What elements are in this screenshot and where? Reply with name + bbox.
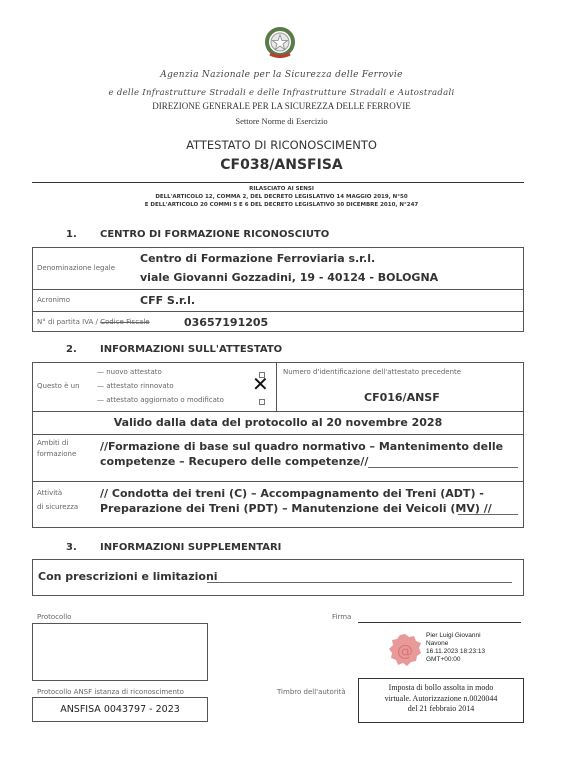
section2-number: 2. (66, 344, 77, 355)
digital-seal-icon: @ (387, 632, 423, 668)
emblem-icon (263, 26, 297, 60)
divider (276, 362, 277, 411)
divider (32, 434, 524, 435)
emblem (263, 26, 297, 60)
divider (32, 311, 524, 312)
activity-label-1: Attività (37, 486, 78, 500)
option-updated: — attestato aggiornato o modificato (97, 396, 224, 404)
protocol-label: Protocollo (37, 613, 71, 621)
scope-line-2: competenze – Recupero delle competenze// (100, 455, 368, 468)
sign-date: 16.11.2023 18:23:13 (426, 648, 485, 656)
section1-title: CENTRO DI FORMAZIONE RICONOSCIUTO (100, 229, 329, 240)
signer-name-1: Pier Luigi Giovanni (426, 632, 485, 640)
vat-label: N° di partita IVA / Codice Fiscale (37, 318, 150, 326)
activity-label: Attività di sicurezza (37, 486, 78, 514)
legal-name-label: Denominazione legale (37, 264, 115, 272)
activity-fill-line (458, 514, 518, 515)
vat-value: 03657191205 (184, 316, 268, 329)
activity-line-1: // Condotta dei treni (C) – Accompagname… (100, 487, 484, 500)
legal-basis-1: RILASCIATO AI SENSI (0, 186, 563, 192)
section3-number: 3. (66, 542, 77, 553)
divider (32, 481, 524, 482)
signer-info: Pier Luigi Giovanni Navone 16.11.2023 18… (426, 632, 485, 664)
scope-label-1: Ambiti di (37, 438, 76, 449)
protocol-field[interactable] (32, 623, 208, 681)
request-protocol-label: Protocollo ANSF istanza di riconosciment… (37, 688, 184, 696)
scope-label: Ambiti di formazione (37, 438, 76, 460)
stamp-line-1: Imposta di bollo assolta in modo (358, 683, 524, 694)
activity-label-2: di sicurezza (37, 500, 78, 514)
signer-name-2: Navone (426, 640, 485, 648)
address-value: viale Giovanni Gozzadini, 19 - 40124 - B… (140, 271, 438, 284)
stamp-line-3: del 21 febbraio 2014 (358, 704, 524, 715)
scope-label-2: formazione (37, 449, 76, 460)
checkbox-renewed-checked[interactable]: ✕ (252, 374, 269, 394)
vat-label-text: N° di partita IVA / (37, 318, 100, 326)
signature-label: Firma (332, 613, 351, 621)
agency-line-1: Agenzia Nazionale per la Sicurezza delle… (0, 70, 563, 80)
stamp-line-2: virtuale. Autorizzazione n.0020044 (358, 694, 524, 705)
section2-title: INFORMAZIONI SULL'ATTESTATO (100, 344, 282, 355)
directorate: DIREZIONE GENERALE PER LA SICUREZZA DELL… (0, 101, 563, 111)
divider (32, 411, 524, 412)
option-renewed: — attestato rinnovato (97, 382, 174, 390)
stamp-text: Imposta di bollo assolta in modo virtual… (358, 683, 524, 715)
request-protocol-value: ANSFISA 0043797 - 2023 (32, 704, 208, 715)
sector: Settore Norme di Esercizio (0, 116, 563, 126)
section1-number: 1. (66, 229, 77, 240)
prescriptions-text: Con prescrizioni e limitazioni (38, 570, 218, 583)
section3-title: INFORMAZIONI SUPPLEMENTARI (100, 542, 281, 553)
acronym-label: Acronimo (37, 296, 70, 304)
signature-line (358, 622, 521, 623)
divider (32, 289, 524, 290)
previous-id-label: Numero d'identificazione dell'attestato … (283, 368, 461, 376)
previous-id-value: CF016/ANSF (364, 391, 440, 404)
scope-fill-line (368, 467, 518, 468)
legal-basis-3: E DELL'ARTICOLO 20 COMMI 5 E 6 DEL DECRE… (0, 202, 563, 208)
certificate-type-label: Questo è un (37, 382, 80, 390)
scope-line-1: //Formazione di base sul quadro normativ… (100, 440, 503, 453)
acronym-value: CFF S.r.l. (140, 294, 195, 307)
sign-timezone: GMT+00:00 (426, 656, 485, 664)
document-title: ATTESTATO DI RICONOSCIMENTO (0, 138, 563, 152)
option-new: — nuovo attestato (97, 368, 162, 376)
activity-line-2: Preparazione dei Treni (PDT) – Manutenzi… (100, 502, 492, 515)
document-code: CF038/ANSFISA (0, 157, 563, 173)
stamp-label: Timbro dell'autorità (277, 688, 346, 696)
legal-basis-2: DELL'ARTICOLO 12, COMMA 2, DEL DECRETO L… (0, 194, 563, 200)
agency-line-2: e delle Infrastrutture Stradali e delle … (0, 88, 563, 98)
prescriptions-fill-line (207, 582, 512, 583)
validity: Valido dalla data del protocollo al 20 n… (32, 416, 524, 429)
checkbox-updated[interactable] (259, 399, 265, 405)
tax-code-struck: Codice Fiscale (100, 318, 149, 326)
title-divider (32, 182, 524, 183)
legal-name-value: Centro di Formazione Ferroviaria s.r.l. (140, 252, 375, 265)
svg-text:@: @ (397, 641, 413, 660)
